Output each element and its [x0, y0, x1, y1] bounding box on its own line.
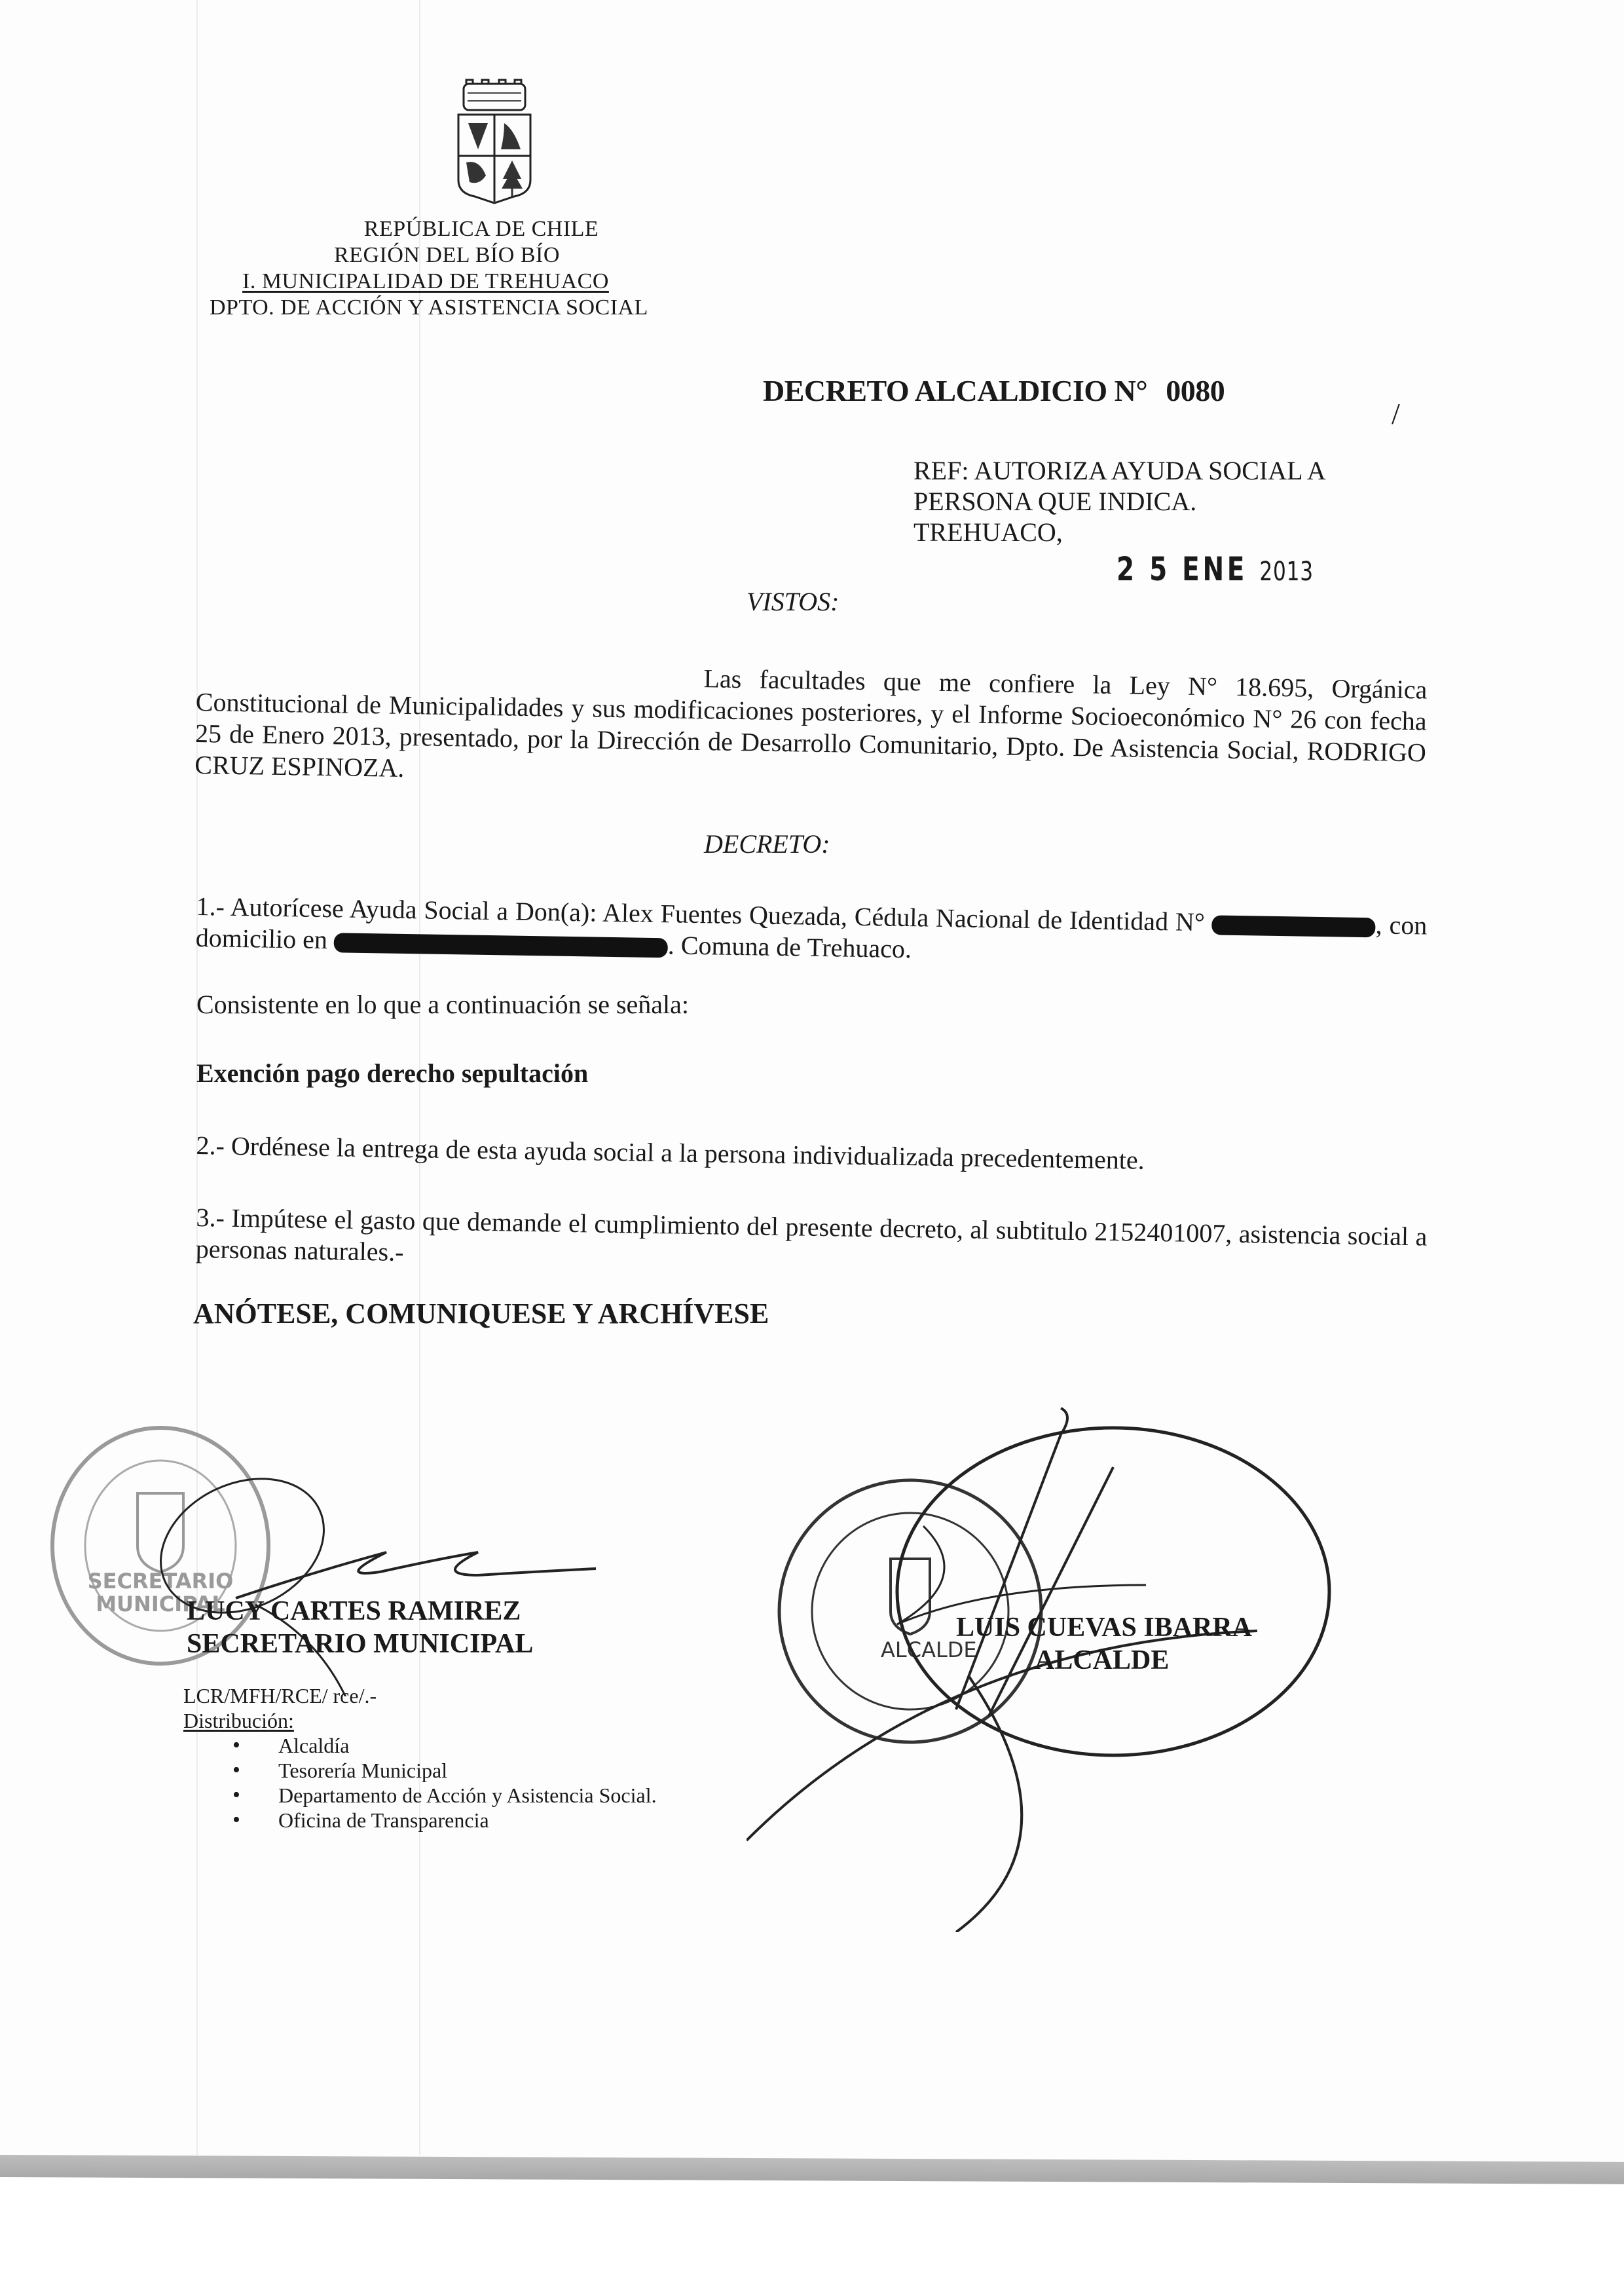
reference-initials: LCR/MFH/RCE/ rce/.- — [183, 1683, 657, 1708]
consist-text: Consistente en lo que a continuación se … — [196, 989, 689, 1020]
mayor-name: LUIS CUEVAS IBARRA — [956, 1611, 1252, 1644]
item1-text-a: 1.- Autorícese Ayuda Social a Don(a): Al… — [196, 891, 1205, 937]
vistos-heading: VISTOS: — [747, 586, 839, 617]
decree-item-3: 3.- Impútese el gasto que demande el cum… — [195, 1202, 1427, 1284]
date-day: 2 5 — [1116, 550, 1170, 588]
distribution-label: Distribución: — [183, 1708, 657, 1733]
mayor-role: ALCALDE — [956, 1644, 1252, 1677]
decree-place: TREHUACO, — [913, 517, 1411, 548]
distribution-item: Oficina de Transparencia — [183, 1808, 657, 1833]
decree-item-2: 2.- Ordénese la entrega de esta ayuda so… — [196, 1130, 1145, 1176]
secretary-signature-icon — [157, 1474, 616, 1696]
mayor-signature-block: LUIS CUEVAS IBARRA ALCALDE — [956, 1611, 1252, 1677]
header-region: REGIÓN DEL BÍO BÍO — [327, 242, 694, 269]
decree-title-label: DECRETO ALCALDICIO N° — [763, 374, 1147, 407]
header-department: DPTO. DE ACCIÓN Y ASISTENCIA SOCIAL — [210, 295, 694, 321]
header-municipality: I. MUNICIPALIDAD DE TREHUACO — [242, 269, 694, 295]
date-month: ENE — [1182, 550, 1247, 588]
distribution-item: Tesorería Municipal — [183, 1758, 657, 1783]
benefit-text: Exención pago derecho sepultación — [196, 1058, 588, 1089]
decree-number: 0080 — [1166, 374, 1225, 407]
secretary-signature-block: LUCY CARTES RAMIREZ SECRETARIO MUNICIPAL — [187, 1595, 533, 1660]
distribution-list: Alcaldía Tesorería Municipal Departament… — [183, 1733, 657, 1833]
header-country: REPÚBLICA DE CHILE — [210, 216, 694, 242]
vistos-paragraph: Las facultades que me confiere la Ley N°… — [194, 655, 1428, 800]
distribution-item: Departamento de Acción y Asistencia Soci… — [183, 1783, 657, 1808]
redacted-address — [334, 933, 668, 958]
decree-item-1: 1.- Autorícese Ayuda Social a Don(a): Al… — [195, 891, 1427, 973]
secretary-name: LUCY CARTES RAMIREZ — [187, 1595, 533, 1628]
distribution-item: Alcaldía — [183, 1733, 657, 1758]
decreto-heading: DECRETO: — [704, 829, 830, 859]
decree-title: DECRETO ALCALDICIO N°0080 — [763, 373, 1225, 408]
municipal-coat-of-arms-icon — [452, 79, 537, 206]
secretary-role: SECRETARIO MUNICIPAL — [187, 1628, 533, 1660]
decree-slash: / — [1392, 396, 1400, 431]
redacted-id-number — [1211, 915, 1375, 937]
date-stamp: 2 5 ENE 2013 — [1116, 550, 1314, 588]
item1-text-c: . Comuna de Trehuaco. — [668, 930, 912, 963]
decree-reference: REF: AUTORIZA AYUDA SOCIAL A PERSONA QUE… — [913, 455, 1411, 548]
closing-formula: ANÓTESE, COMUNIQUESE Y ARCHÍVESE — [193, 1297, 769, 1330]
date-year: 2013 — [1259, 557, 1314, 587]
header-block: REPÚBLICA DE CHILE REGIÓN DEL BÍO BÍO I.… — [210, 216, 694, 321]
ref-line: PERSONA QUE INDICA. — [913, 486, 1411, 517]
distribution-block: LCR/MFH/RCE/ rce/.- Distribución: Alcald… — [183, 1683, 657, 1833]
scanned-page: REPÚBLICA DE CHILE REGIÓN DEL BÍO BÍO I.… — [0, 0, 1624, 2161]
ref-line: REF: AUTORIZA AYUDA SOCIAL A — [913, 455, 1411, 486]
